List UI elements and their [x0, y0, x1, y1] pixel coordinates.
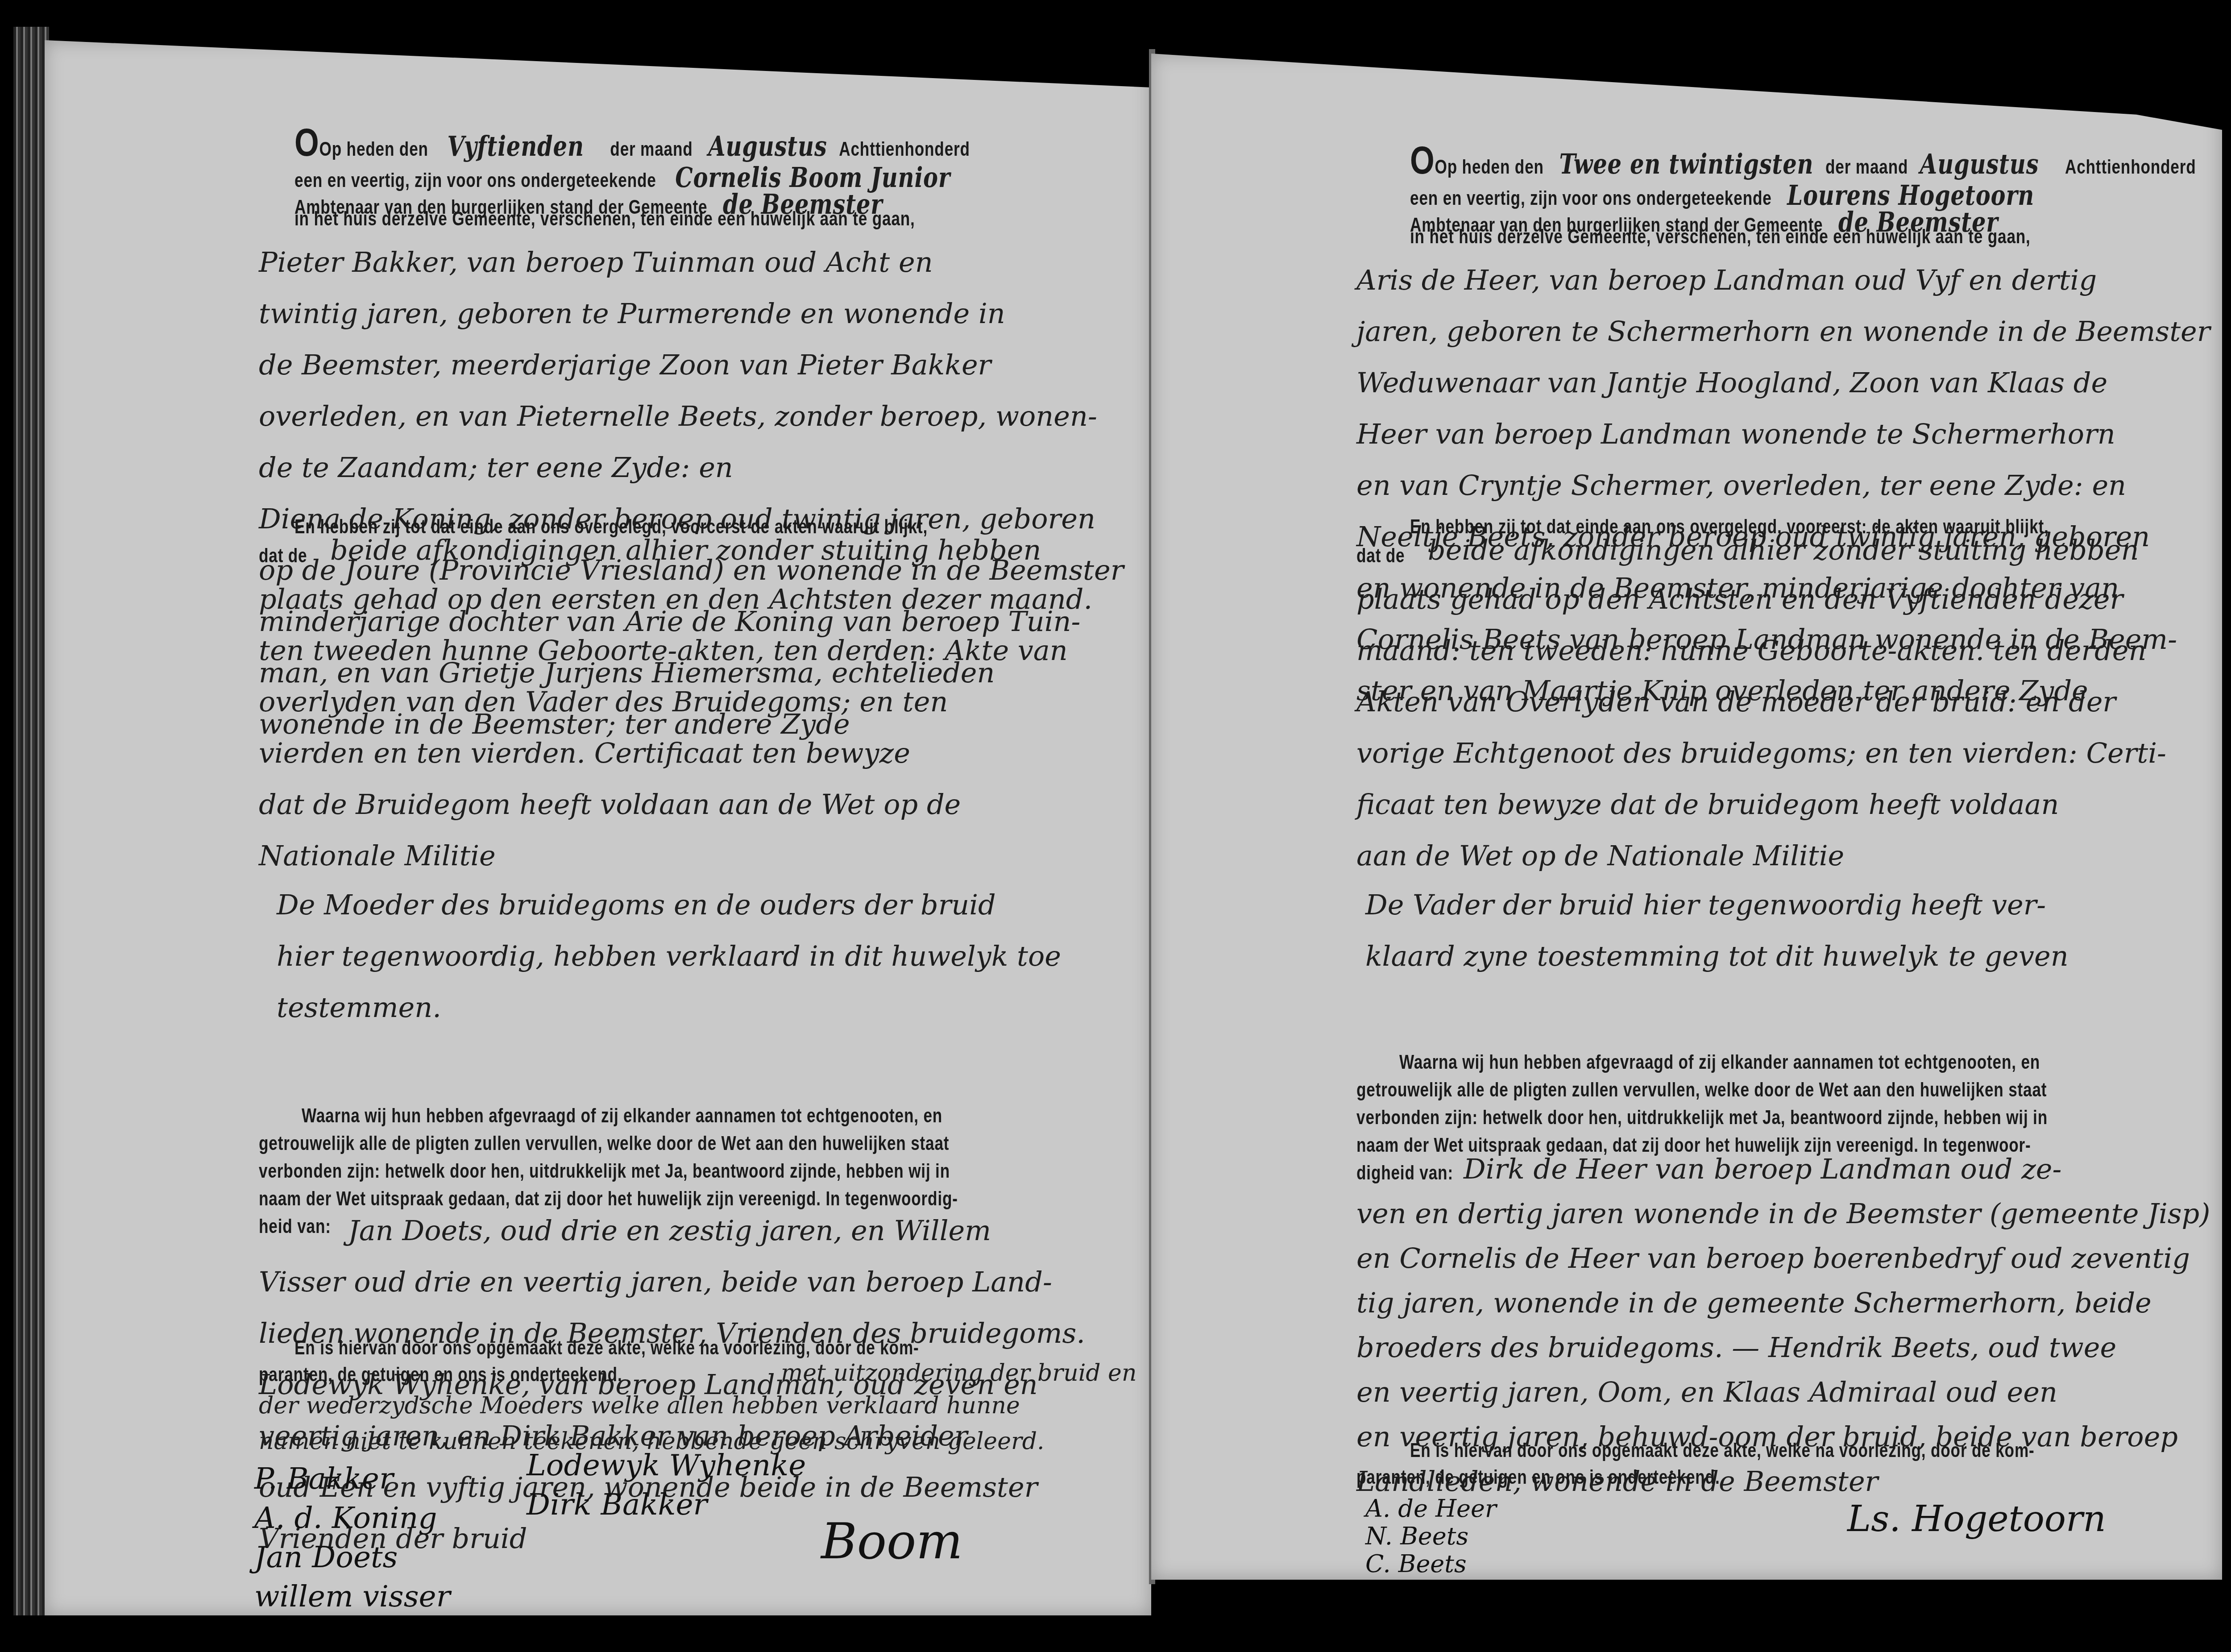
right-page: 10 11.v. OOp heden den Twee en twintigst…	[1151, 54, 2222, 1580]
page-number: 10	[2122, 54, 2165, 99]
consent-block: De Moeder des bruidegoms en de ouders de…	[277, 879, 1061, 1033]
corner-note: 11.v.	[2182, 56, 2217, 112]
signature: A. d. Koning	[254, 1498, 450, 1538]
header-line-4: in het huis derzelve Gemeente, verschene…	[1410, 223, 2031, 251]
signatures-middle: Lodewyk Wyhenke Dirk Bakker	[527, 1446, 806, 1524]
documents-hand-first: beide afkondigingen alhier zonder stuiti…	[1428, 524, 2139, 576]
consent-block: De Vader der bruid hier tegenwoordig hee…	[1365, 879, 2069, 982]
official-signature: Ls. Hogetoorn	[1847, 1499, 2106, 1539]
official-signature: Boom	[821, 1522, 963, 1561]
signature: Dirk Bakker	[527, 1485, 806, 1524]
signatures-left: P. Bakker A. d. Koning Jan Doets willem …	[254, 1459, 450, 1616]
signature: Lodewyk Wyhenke	[527, 1446, 806, 1485]
signature: A. de Heer	[1365, 1495, 1497, 1523]
left-page: OOp heden den Vyftienden der maand Augus…	[45, 40, 1151, 1615]
signatures-left: A. de Heer N. Beets C. Beets	[1365, 1495, 1497, 1578]
documents-dat-de: dat de	[259, 542, 307, 570]
signature: N. Beets	[1365, 1523, 1497, 1550]
documents-block: plaats gehad op den Achtsten en den Vyft…	[1356, 573, 2166, 881]
documents-dat-de: dat de	[1356, 542, 1405, 570]
closing-line-2: paranten, de getuigen en ons is ondertee…	[1356, 1464, 1720, 1491]
header-line-4: in het huis derzelve Gemeente, verschene…	[294, 205, 915, 233]
signature: willem visser	[254, 1577, 450, 1616]
signature: P. Bakker	[254, 1459, 450, 1498]
signature: Jan Doets	[254, 1538, 450, 1577]
documents-hand-first: beide afkondigingen alhier zonder stuiti…	[330, 524, 1041, 576]
page-stack-edge	[13, 27, 49, 1615]
documents-block: plaats gehad op den eersten en den Achts…	[259, 573, 1092, 881]
closing-line-2: paranten, de getuigen en ons is ondertee…	[259, 1361, 622, 1389]
signature: C. Beets	[1365, 1550, 1497, 1578]
closing-line-1: En is hiervan door ons opgemaakt deze ak…	[1410, 1437, 2035, 1465]
